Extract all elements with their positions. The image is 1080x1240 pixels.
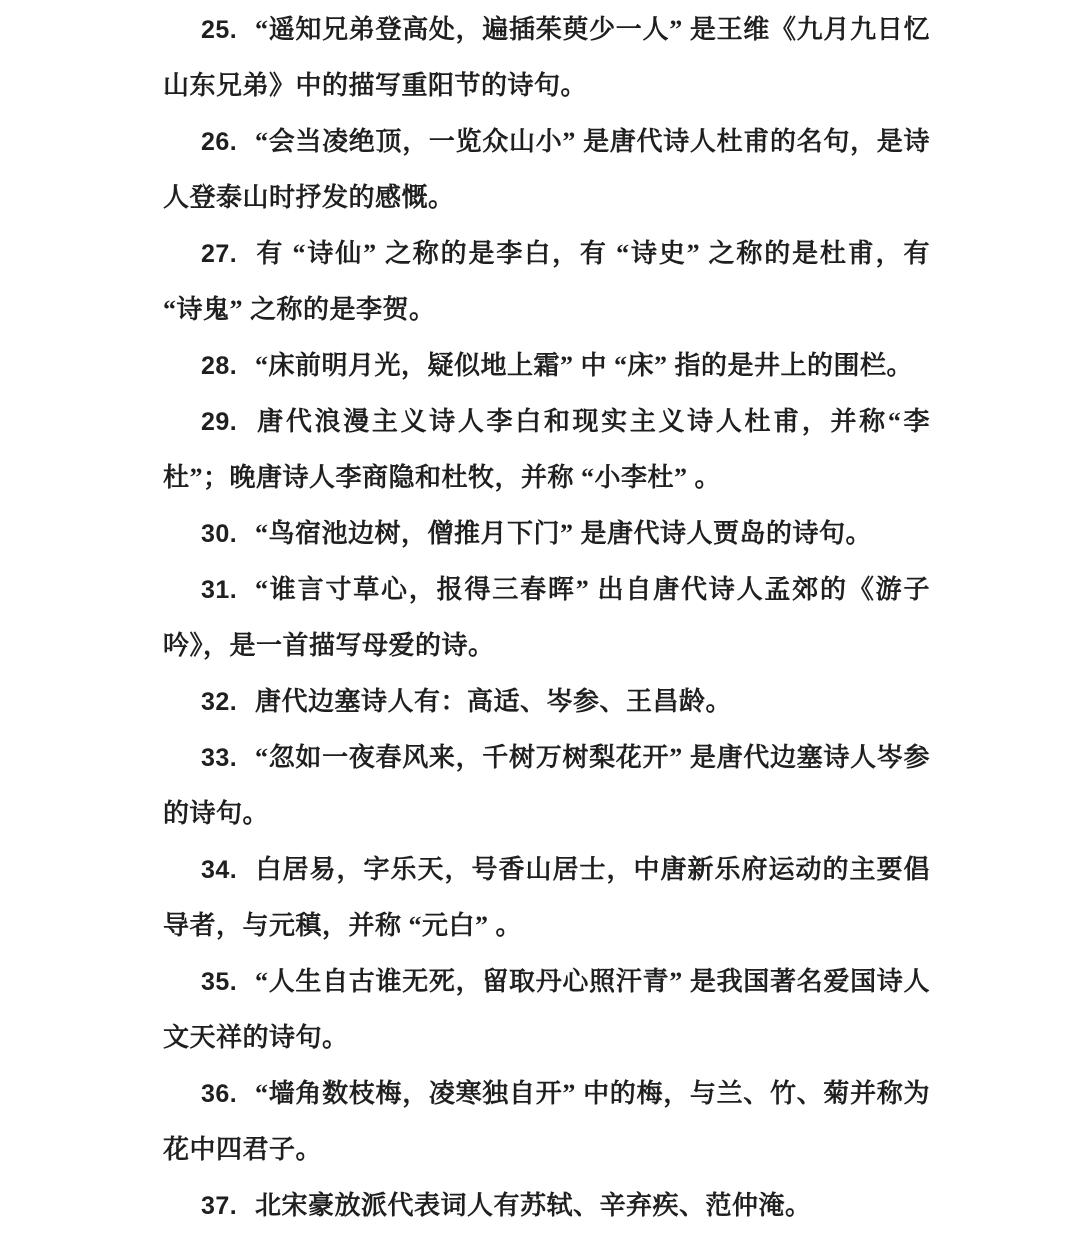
- item-number: 36.: [201, 1066, 255, 1122]
- item-text: 唐代边塞诗人有：高适、岑参、王昌龄。: [255, 687, 732, 716]
- item-text: “会当凌绝顶，一览众山小” 是唐代诗人杜甫的名句，是诗人登泰山时抒发的感慨。: [163, 127, 930, 212]
- list-item: 29.唐代浪漫主义诗人李白和现实主义诗人杜甫，并称“李杜”；晚唐诗人李商隐和杜牧…: [163, 394, 930, 506]
- list-item: 33.“忽如一夜春风来，千树万树梨花开” 是唐代边塞诗人岑参的诗句。: [163, 730, 930, 842]
- list-item: 34.白居易，字乐天，号香山居士，中唐新乐府运动的主要倡导者，与元稹，并称 “元…: [163, 842, 930, 954]
- item-text: 有 “诗仙” 之称的是李白，有 “诗史” 之称的是杜甫，有 “诗鬼” 之称的是李…: [163, 239, 930, 324]
- item-number: 31.: [201, 562, 255, 618]
- item-number: 25.: [201, 2, 255, 58]
- list-item: 27.有 “诗仙” 之称的是李白，有 “诗史” 之称的是杜甫，有 “诗鬼” 之称…: [163, 226, 930, 338]
- item-text: “鸟宿池边树，僧推月下门” 是唐代诗人贾岛的诗句。: [255, 519, 872, 548]
- item-text: “床前明月光，疑似地上霜” 中 “床” 指的是井上的围栏。: [255, 351, 913, 380]
- item-number: 27.: [201, 226, 255, 282]
- list-item: 37.北宋豪放派代表词人有苏轼、辛弃疾、范仲淹。: [163, 1178, 930, 1234]
- item-number: 28.: [201, 338, 255, 394]
- list-item: 30.“鸟宿池边树，僧推月下门” 是唐代诗人贾岛的诗句。: [163, 506, 930, 562]
- item-number: 33.: [201, 730, 255, 786]
- item-text: “墙角数枝梅，凌寒独自开” 中的梅，与兰、竹、菊并称为花中四君子。: [163, 1079, 930, 1164]
- item-number: 34.: [201, 842, 255, 898]
- item-number: 32.: [201, 674, 255, 730]
- list-item: 35.“人生自古谁无死，留取丹心照汗青” 是我国著名爱国诗人文天祥的诗句。: [163, 954, 930, 1066]
- item-text: “谁言寸草心，报得三春晖” 出自唐代诗人孟郊的《游子吟》，是一首描写母爱的诗。: [163, 575, 930, 660]
- list-item: 25.“遥知兄弟登高处，遍插茱萸少一人” 是王维《九月九日忆山东兄弟》中的描写重…: [163, 2, 930, 114]
- list-item: 28.“床前明月光，疑似地上霜” 中 “床” 指的是井上的围栏。: [163, 338, 930, 394]
- item-number: 29.: [201, 394, 255, 450]
- item-text: 北宋豪放派代表词人有苏轼、辛弃疾、范仲淹。: [255, 1191, 812, 1220]
- item-text: 唐代浪漫主义诗人李白和现实主义诗人杜甫，并称“李杜”；晚唐诗人李商隐和杜牧，并称…: [163, 407, 930, 492]
- item-text: “遥知兄弟登高处，遍插茱萸少一人” 是王维《九月九日忆山东兄弟》中的描写重阳节的…: [163, 15, 930, 100]
- item-text: “忽如一夜春风来，千树万树梨花开” 是唐代边塞诗人岑参的诗句。: [163, 743, 930, 828]
- document-page: 25.“遥知兄弟登高处，遍插茱萸少一人” 是王维《九月九日忆山东兄弟》中的描写重…: [0, 0, 1080, 1240]
- item-number: 35.: [201, 954, 255, 1010]
- item-number: 30.: [201, 506, 255, 562]
- list-item: 26.“会当凌绝顶，一览众山小” 是唐代诗人杜甫的名句，是诗人登泰山时抒发的感慨…: [163, 114, 930, 226]
- list-item: 31.“谁言寸草心，报得三春晖” 出自唐代诗人孟郊的《游子吟》，是一首描写母爱的…: [163, 562, 930, 674]
- list-item: 32.唐代边塞诗人有：高适、岑参、王昌龄。: [163, 674, 930, 730]
- item-number: 37.: [201, 1178, 255, 1234]
- item-number: 26.: [201, 114, 255, 170]
- item-text: 白居易，字乐天，号香山居士，中唐新乐府运动的主要倡导者，与元稹，并称 “元白” …: [163, 855, 930, 940]
- item-text: “人生自古谁无死，留取丹心照汗青” 是我国著名爱国诗人文天祥的诗句。: [163, 967, 930, 1052]
- list-item: 36.“墙角数枝梅，凌寒独自开” 中的梅，与兰、竹、菊并称为花中四君子。: [163, 1066, 930, 1178]
